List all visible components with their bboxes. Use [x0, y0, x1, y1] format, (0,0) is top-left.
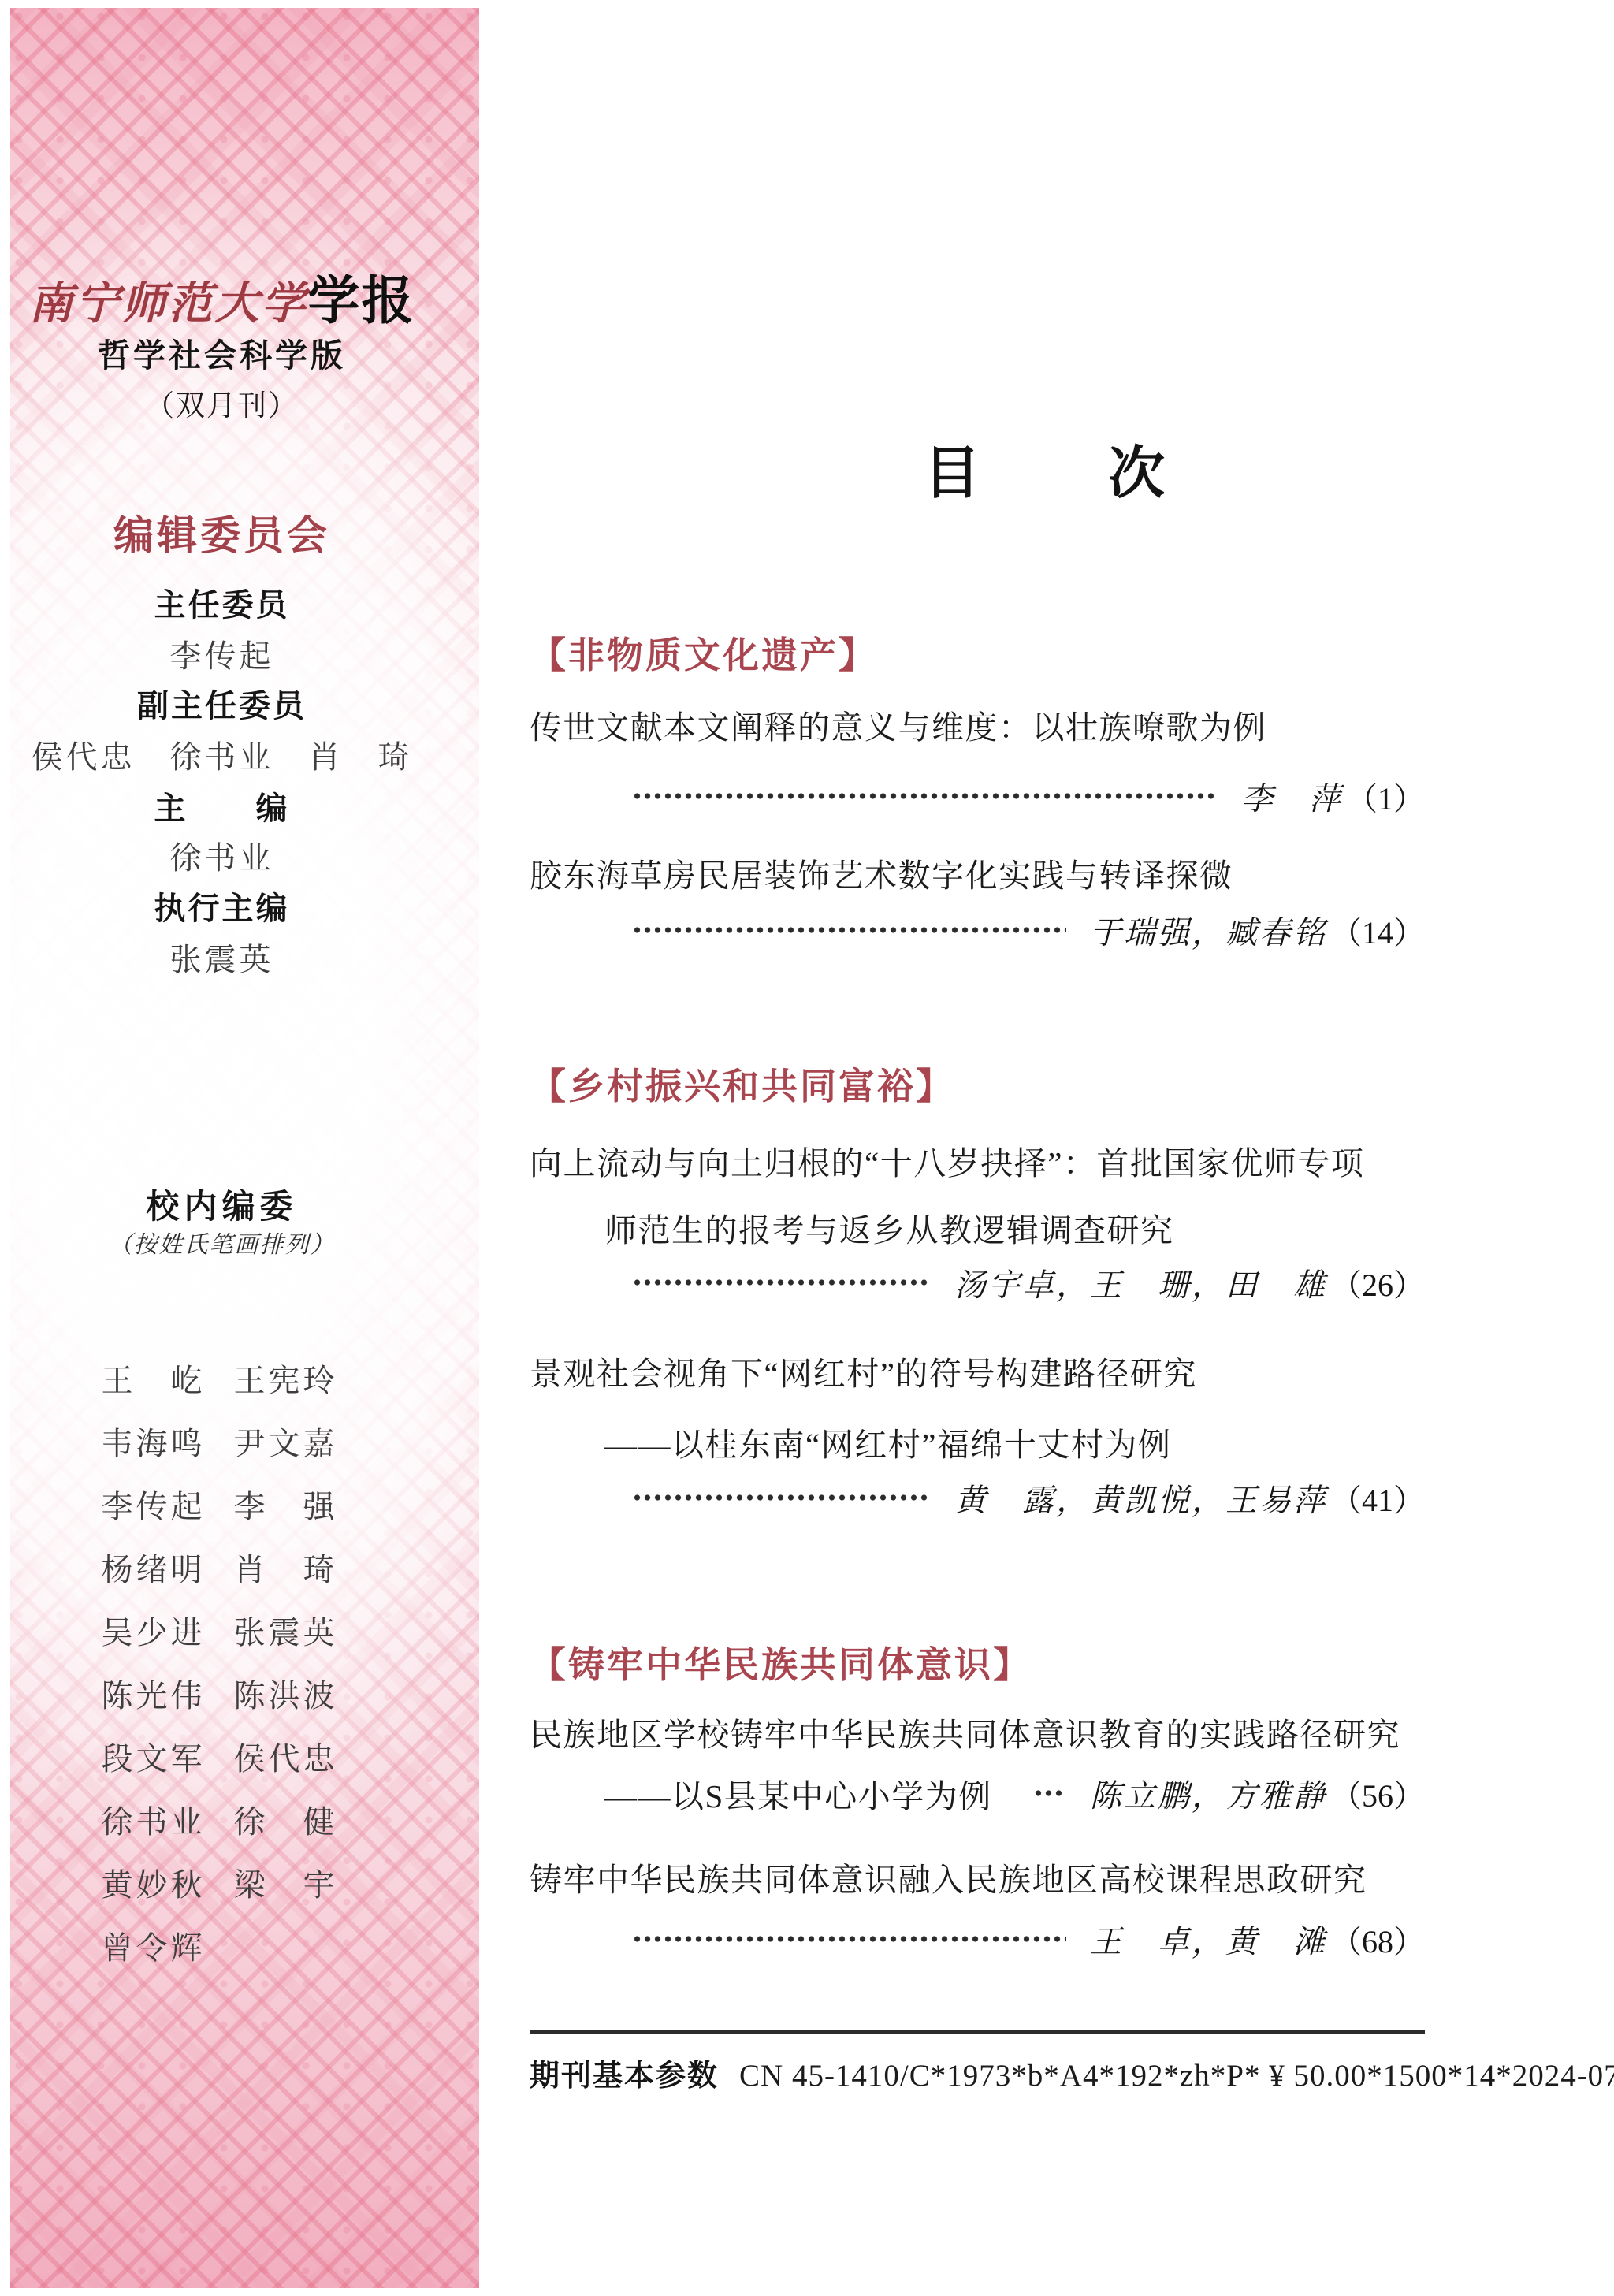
dotted-leader — [632, 792, 1218, 800]
entry-page-number: （41） — [1330, 1475, 1425, 1520]
role-names-executive-editor: 张震英 — [10, 935, 433, 980]
entry-subtitle: ——以S县某中心小学为例 — [604, 1770, 992, 1817]
university-calligraphy-logo: 南宁师范大学 — [29, 280, 308, 329]
entry-leader-line: 李 萍 （1） — [530, 771, 1425, 821]
member-name: 李传起 — [102, 1482, 210, 1527]
member-name: 李 强 — [234, 1482, 343, 1527]
member-name: 陈光伟 — [102, 1671, 210, 1716]
internal-board-row: 曾令辉 — [10, 1923, 433, 1968]
internal-board-row: 段文军 侯代忠 — [10, 1734, 433, 1779]
member-name: 侯代忠 — [234, 1734, 343, 1779]
internal-board-row: 韦海鸣 尹文嘉 — [10, 1419, 433, 1464]
journal-parameters-value: CN 45-1410/C*1973*b*A4*192*zh*P* ¥ 50.00… — [739, 2058, 1614, 2093]
sidebar: 南宁师范大学学报 哲学社会科学版 （双月刊） 编辑委员会 主任委员 李传起 副主… — [10, 8, 479, 2288]
dotted-leader — [632, 1494, 931, 1502]
entry-title-continuation: 师范生的报考与返乡从教逻辑调查研究 — [530, 1204, 1425, 1251]
entry-title: 向上流动与向土归根的“十八岁抉择”：首批国家优师专项 — [530, 1137, 1425, 1184]
member-name: 王 屹 — [102, 1356, 210, 1401]
entry-page-number: （68） — [1330, 1917, 1425, 1962]
frequency-label: （双月刊） — [10, 381, 433, 424]
masthead: 南宁师范大学学报 — [10, 259, 433, 333]
member-name: 段文军 — [102, 1734, 210, 1779]
entry-authors: 汤宇卓，王 珊，田 雄 — [954, 1260, 1327, 1305]
role-label-deputy-director: 副主任委员 — [10, 681, 433, 726]
dotted-leader — [632, 1278, 931, 1286]
member-name: 尹文嘉 — [234, 1419, 343, 1464]
section-heading-intangible-heritage: 【非物质文化遗产】 — [530, 627, 1425, 679]
internal-board-row: 李传起 李 强 — [10, 1482, 433, 1527]
entry-authors: 陈立鹏，方雅静 — [1090, 1771, 1327, 1816]
entry-title: 胶东海草房民居装饰艺术数字化实践与转译探微 — [530, 850, 1425, 896]
role-label-chief-editor: 主 编 — [10, 783, 433, 828]
internal-board-row: 徐书业 徐 健 — [10, 1797, 433, 1842]
internal-board-row: 杨绪明 肖 琦 — [10, 1545, 433, 1590]
journal-toc-page: 南宁师范大学学报 哲学社会科学版 （双月刊） 编辑委员会 主任委员 李传起 副主… — [0, 0, 1614, 2296]
entry-page-number: （1） — [1346, 774, 1425, 819]
internal-board-row: 王 屹 王宪玲 — [10, 1356, 433, 1401]
role-names-deputy-director: 侯代忠 徐书业 肖 琦 — [10, 732, 433, 777]
internal-board-row: 黄妙秋 梁 宇 — [10, 1860, 433, 1905]
member-name: 曾令辉 — [102, 1923, 210, 1968]
entry-subtitle-leader-line: ——以S县某中心小学为例 陈立鹏，方雅静 （56） — [530, 1768, 1425, 1818]
entry-page-number: （56） — [1330, 1771, 1425, 1816]
toc-title: 目 次 — [479, 427, 1614, 509]
editorial-board-title: 编辑委员会 — [10, 503, 433, 561]
dotted-leader — [632, 926, 1066, 934]
member-name: 梁 宇 — [234, 1860, 343, 1905]
member-name: 徐 健 — [234, 1797, 343, 1842]
internal-board-title: 校内编委 — [10, 1181, 433, 1228]
internal-board-row: 陈光伟 陈洪波 — [10, 1671, 433, 1716]
member-name: 肖 琦 — [234, 1545, 343, 1590]
member-name: 徐书业 — [102, 1797, 210, 1842]
member-name: 张震英 — [234, 1608, 343, 1653]
journal-suffix: 学报 — [308, 271, 415, 329]
member-name: 韦海鸣 — [102, 1419, 210, 1464]
entry-title: 民族地区学校铸牢中华民族共同体意识教育的实践路径研究 — [530, 1709, 1425, 1755]
member-name: 王宪玲 — [234, 1356, 343, 1401]
member-name: 黄妙秋 — [102, 1860, 210, 1905]
role-names-director: 李传起 — [10, 631, 433, 676]
entry-title: 景观社会视角下“网红村”的符号构建路径研究 — [530, 1348, 1425, 1394]
role-label-executive-editor: 执行主编 — [10, 884, 433, 928]
role-names-chief-editor: 徐书业 — [10, 833, 433, 878]
entry-page-number: （14） — [1330, 908, 1425, 953]
entry-authors: 李 萍 — [1241, 774, 1343, 819]
toc-content: 目 次 【非物质文化遗产】 传世文献本文阐释的意义与维度：以壮族嘹歌为例 李 萍… — [479, 0, 1614, 2296]
dotted-leader — [632, 1935, 1066, 1943]
member-name: 陈洪波 — [234, 1671, 343, 1716]
member-name — [234, 1923, 343, 1968]
footer-divider-rule — [530, 2030, 1425, 2034]
entry-leader-line: 于瑞强，臧春铭 （14） — [530, 905, 1425, 955]
section-heading-chinese-national-community: 【铸牢中华民族共同体意识】 — [530, 1636, 1425, 1688]
member-name: 杨绪明 — [102, 1545, 210, 1590]
entry-authors: 黄 露，黄凯悦，王易萍 — [954, 1475, 1327, 1520]
entry-page-number: （26） — [1330, 1260, 1425, 1305]
entry-title: 铸牢中华民族共同体意识融入民族地区高校课程思政研究 — [530, 1854, 1425, 1900]
dotted-leader — [1033, 1789, 1062, 1797]
entry-title: 传世文献本文阐释的意义与维度：以壮族嘹歌为例 — [530, 701, 1425, 748]
entry-leader-line: 王 卓，黄 滩 （68） — [530, 1914, 1425, 1964]
section-heading-rural-revitalization: 【乡村振兴和共同富裕】 — [530, 1058, 1425, 1110]
entry-authors: 于瑞强，臧春铭 — [1090, 908, 1327, 953]
member-name: 吴少进 — [102, 1608, 210, 1653]
journal-parameters-label: 期刊基本参数 — [530, 2051, 719, 2094]
internal-board-row: 吴少进 张震英 — [10, 1608, 433, 1653]
internal-board-sort-note: （按姓氏笔画排列） — [10, 1225, 433, 1260]
entry-authors: 王 卓，黄 滩 — [1090, 1917, 1327, 1962]
edition-label: 哲学社会科学版 — [10, 329, 433, 376]
entry-leader-line: 黄 露，黄凯悦，王易萍 （41） — [530, 1472, 1425, 1523]
journal-parameters-line: 期刊基本参数 CN 45-1410/C*1973*b*A4*192*zh*P* … — [530, 2051, 1425, 2094]
entry-leader-line: 汤宇卓，王 珊，田 雄 （26） — [530, 1257, 1425, 1308]
entry-subtitle: ——以桂东南“网红村”福绵十丈村为例 — [530, 1419, 1425, 1465]
role-label-director: 主任委员 — [10, 580, 433, 625]
